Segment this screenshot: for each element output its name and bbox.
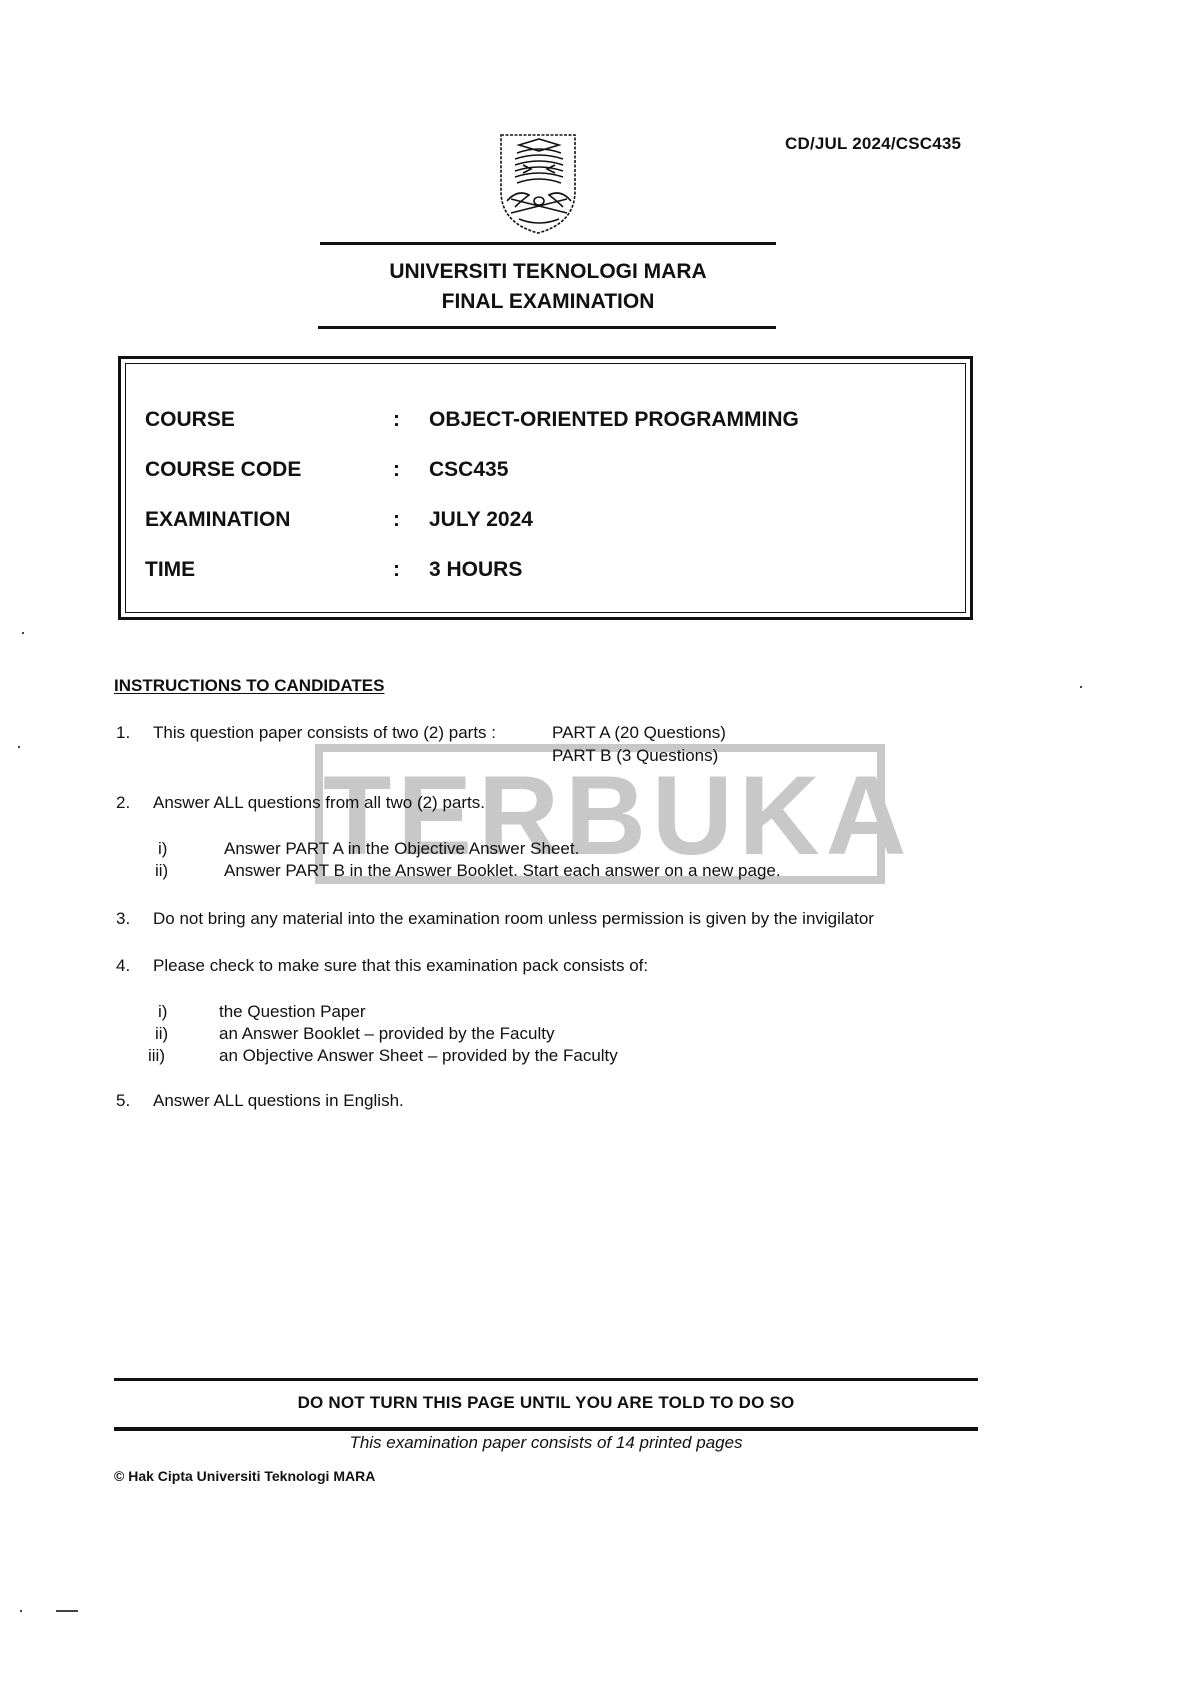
instruction-text: Please check to make sure that this exam… [153,955,648,977]
header-divider-bottom [318,326,776,329]
instruction-text: This question paper consists of two (2) … [153,722,496,744]
instruction-text: Answer ALL questions in English. [153,1090,404,1112]
scan-speck [22,632,24,634]
instruction-number: 1. [116,722,146,744]
subitem-marker: i) [158,1001,167,1023]
page-count-note: This examination paper consists of 14 pr… [114,1433,978,1453]
scan-mark [56,1610,78,1612]
instruction-number: 3. [116,908,146,930]
examination-value: JULY 2024 [429,507,533,533]
scan-speck [18,746,20,748]
subitem-marker: i) [158,838,167,860]
instruction-number: 5. [116,1090,146,1112]
uitm-crest-icon [497,131,581,235]
course-code-value: CSC435 [429,457,508,483]
time-separator: : [393,557,400,583]
course-value: OBJECT-ORIENTED PROGRAMMING [429,407,799,433]
course-info-box: COURSE : OBJECT-ORIENTED PROGRAMMING COU… [118,356,973,620]
scan-speck [20,1610,22,1612]
course-code-label: COURSE CODE [145,457,385,483]
instruction-text: Answer ALL questions from all two (2) pa… [153,792,485,814]
subitem-marker: iii) [148,1045,165,1067]
reference-code: CD/JUL 2024/CSC435 [785,134,961,154]
scan-speck [1080,686,1082,688]
subitem-text: Answer PART A in the Objective Answer Sh… [224,838,579,860]
university-header: UNIVERSITI TEKNOLOGI MARA FINAL EXAMINAT… [320,257,776,317]
examination-label: EXAMINATION [145,507,385,533]
course-code-separator: : [393,457,400,483]
footer-divider-top [114,1378,978,1381]
subitem-marker: ii) [155,1023,168,1045]
copyright-notice: © Hak Cipta Universiti Teknologi MARA [114,1468,375,1484]
subitem-text: Answer PART B in the Answer Booklet. Sta… [224,860,781,882]
course-label: COURSE [145,407,385,433]
time-label: TIME [145,557,385,583]
part-b-summary: PART B (3 Questions) [552,745,718,767]
subitem-marker: ii) [155,860,168,882]
subitem-text: the Question Paper [219,1001,365,1023]
part-a-summary: PART A (20 Questions) [552,722,726,744]
university-name: UNIVERSITI TEKNOLOGI MARA [320,257,776,287]
header-divider-top [320,242,776,245]
subitem-text: an Answer Booklet – provided by the Facu… [219,1023,554,1045]
time-value: 3 HOURS [429,557,522,583]
instructions-heading: INSTRUCTIONS TO CANDIDATES [114,676,384,696]
footer-warning: DO NOT TURN THIS PAGE UNTIL YOU ARE TOLD… [114,1393,978,1413]
course-separator: : [393,407,400,433]
subitem-text: an Objective Answer Sheet – provided by … [219,1045,618,1067]
exam-type: FINAL EXAMINATION [320,287,776,317]
instruction-number: 4. [116,955,146,977]
examination-separator: : [393,507,400,533]
instruction-text: Do not bring any material into the exami… [153,908,874,930]
footer-divider-bottom [114,1427,978,1431]
instruction-number: 2. [116,792,146,814]
